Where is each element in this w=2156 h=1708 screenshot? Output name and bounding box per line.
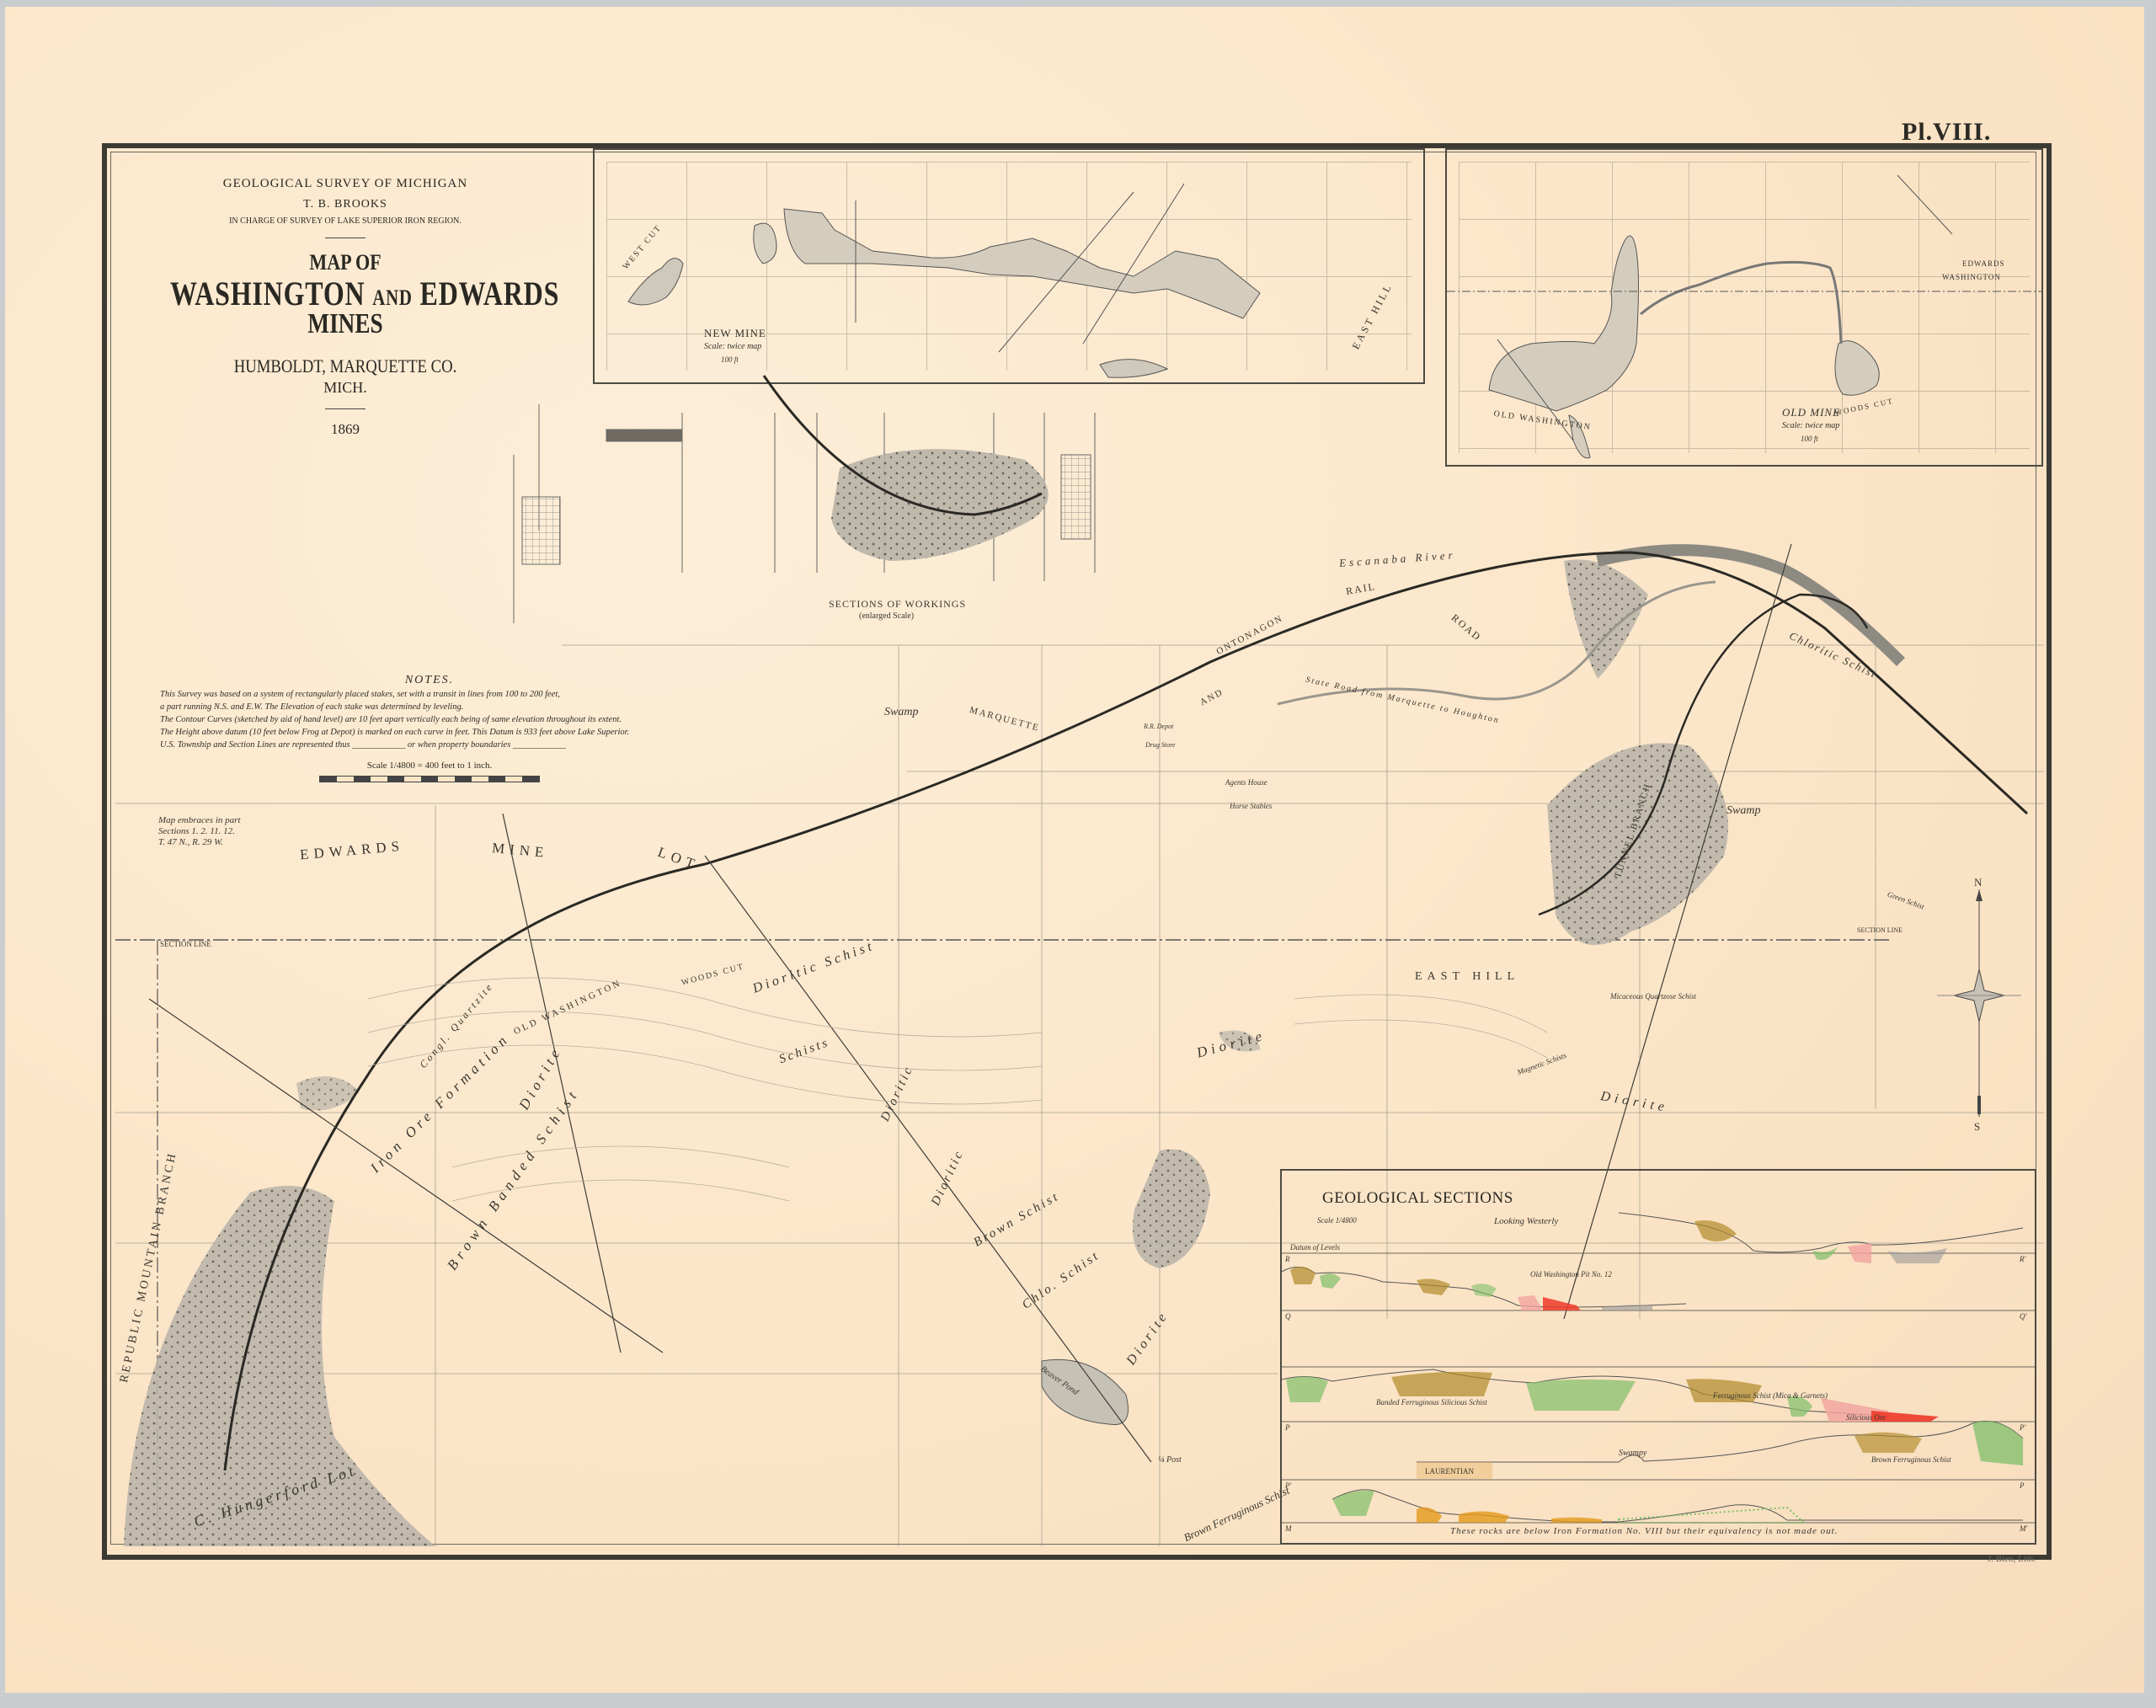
horse-stables-label: Horse Stables bbox=[1230, 802, 1272, 810]
brown-ferruginous-section-label: Brown Ferruginous Schist bbox=[1871, 1455, 1951, 1464]
lithographer-credit: J. Bien, Lith. bbox=[1988, 1554, 2036, 1564]
geological-sections-footnote: These rocks are below Iron Formation No.… bbox=[1450, 1526, 1838, 1536]
embraces-note: Map embraces in part Sections 1. 2. 11. … bbox=[158, 815, 240, 848]
section-line-label-east: SECTION LINE bbox=[1857, 926, 1903, 934]
row-m-start: M bbox=[1285, 1524, 1292, 1533]
ferruginous-schist-label: Ferruginous Schist (Mica & Garnets) bbox=[1713, 1391, 1828, 1400]
row-pprime-end: P bbox=[2020, 1481, 2025, 1490]
swampy-label: Swampy bbox=[1619, 1449, 1646, 1458]
old-washington-section-label: Old Washington Pit No. 12 bbox=[1530, 1270, 1612, 1278]
row-q-end: Q' bbox=[2020, 1312, 2026, 1321]
section-line-label: SECTION LINE bbox=[160, 940, 211, 948]
embraces-line: Sections 1. 2. 11. 12. bbox=[158, 826, 240, 837]
banded-ferruginous-label: Banded Ferruginous Silicious Schist bbox=[1376, 1398, 1487, 1406]
row-p-end: P' bbox=[2020, 1423, 2025, 1432]
compass-south: S bbox=[1974, 1120, 1980, 1134]
swamp-label-1: Swamp bbox=[884, 706, 918, 719]
embraces-line: T. 47 N., R. 29 W. bbox=[158, 837, 240, 848]
quarter-post-label: ¼ Post bbox=[1158, 1455, 1182, 1465]
drug-store-label: Drug Store bbox=[1145, 741, 1175, 749]
silicious-ore-label: Silicious Ore bbox=[1846, 1413, 1886, 1422]
row-pprime-start: P' bbox=[1285, 1481, 1291, 1490]
embraces-line: Map embraces in part bbox=[158, 815, 240, 826]
compass-north: N bbox=[1974, 876, 1982, 889]
row-q-start: Q bbox=[1285, 1312, 1291, 1321]
compass-star-icon bbox=[1937, 889, 2021, 1142]
laurentian-label: LAURENTIAN bbox=[1425, 1467, 1474, 1476]
geological-sections-panel: GEOLOGICAL SECTIONS Scale 1/4800 Looking… bbox=[1280, 1169, 2036, 1545]
swamp-label-2: Swamp bbox=[1726, 804, 1760, 818]
east-hill-label: EAST HILL bbox=[1415, 970, 1519, 984]
geological-profiles-drawing bbox=[1282, 1171, 2035, 1543]
row-p-start: P bbox=[1285, 1423, 1290, 1432]
plate-number: Pl.VIII. bbox=[1902, 118, 1991, 147]
row-r-end: R' bbox=[2020, 1255, 2025, 1263]
row-r-start: R bbox=[1285, 1255, 1290, 1263]
rr-depot-label: R.R. Depot bbox=[1144, 723, 1173, 730]
micaceous-schist-label: Micaceous Quartzose Schist bbox=[1610, 992, 1696, 1001]
row-m-end: M' bbox=[2020, 1524, 2027, 1533]
agents-house-label: Agents House bbox=[1225, 778, 1267, 787]
